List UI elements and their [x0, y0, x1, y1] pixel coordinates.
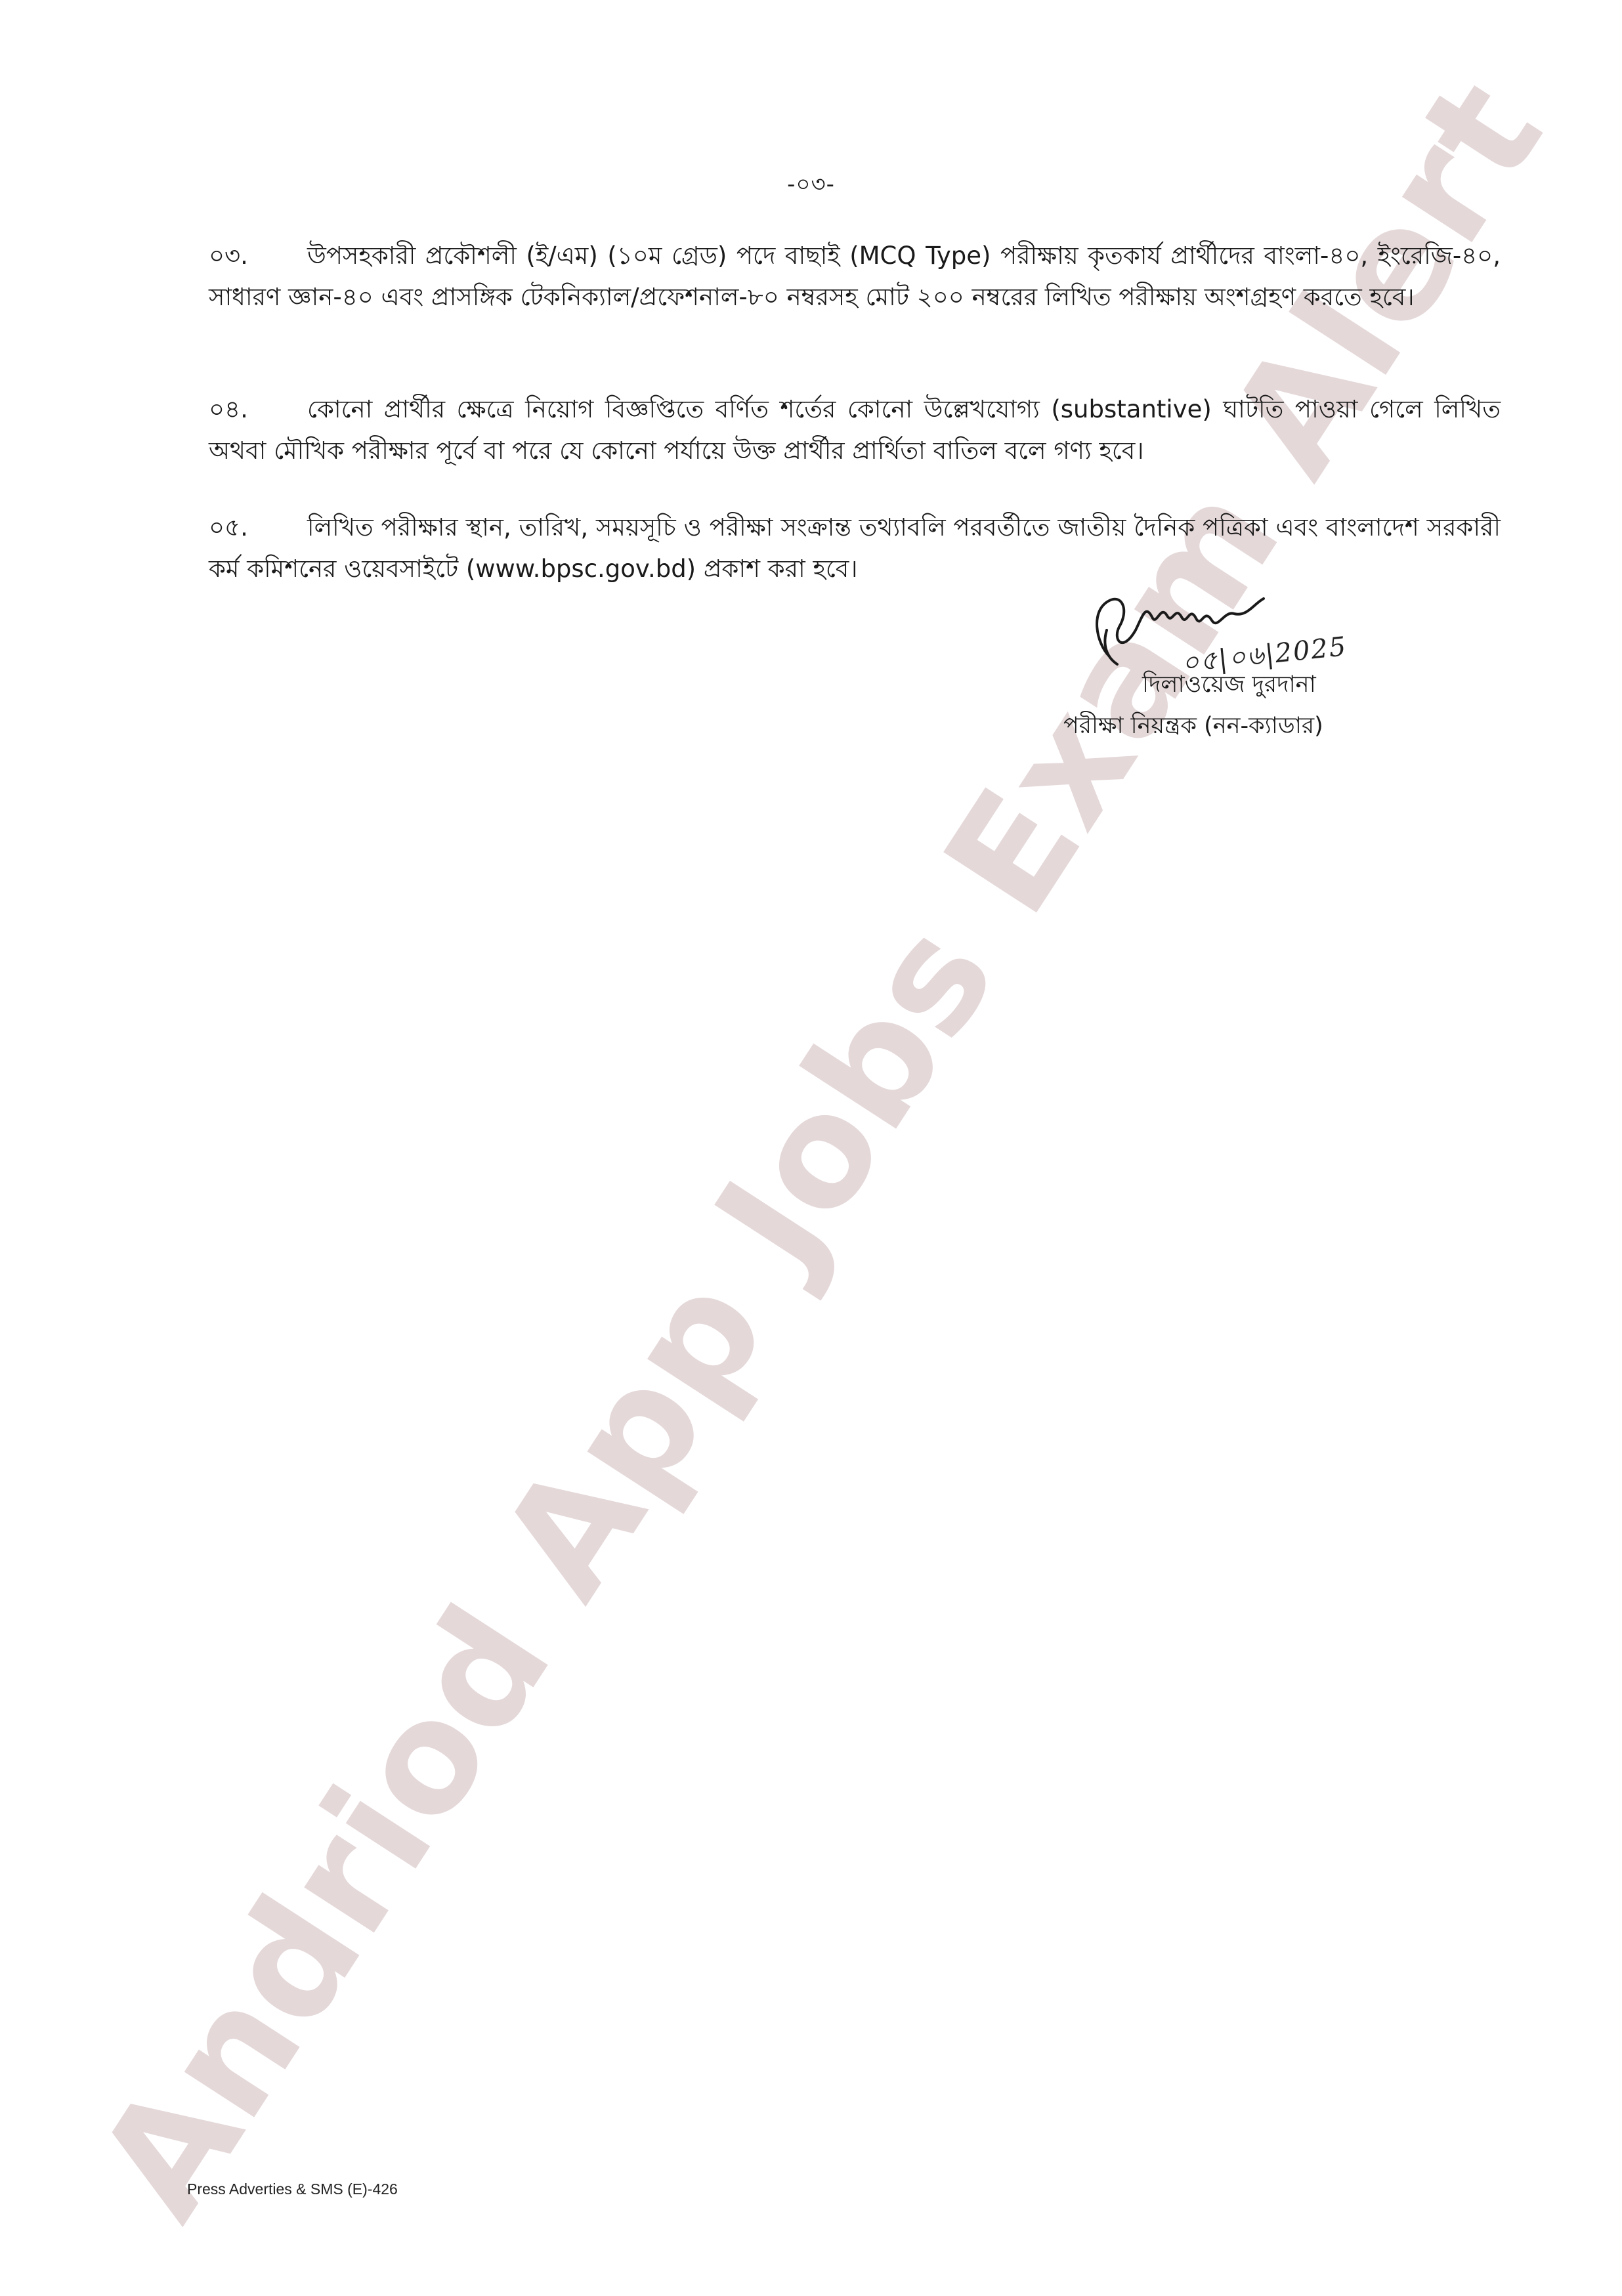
- paragraph-number: ০৩.: [209, 235, 307, 276]
- signature-block: ০৫|০৬|2025 দিলাওয়েজ দুরদানা পরীক্ষা নিয…: [1063, 591, 1431, 748]
- signer-name: দিলাওয়েজ দুরদানা: [1142, 666, 1316, 705]
- document-page: Andriod App Jobs Exam Alert -০৩- ০৩.উপসহ…: [0, 0, 1622, 2296]
- paragraph-03: ০৩.উপসহকারী প্রকৌশলী (ই/এম) (১০ম গ্রেড) …: [209, 235, 1501, 318]
- paragraph-text: কোনো প্রার্থীর ক্ষেত্রে নিয়োগ বিজ্ঞপ্তি…: [209, 395, 1501, 465]
- signer-title: পরীক্ষা নিয়ন্ত্রক (নন-ক্যাডার): [1063, 708, 1323, 746]
- footer-reference: Press Adverties & SMS (E)-426: [187, 2180, 398, 2198]
- document-content: -০৩- ০৩.উপসহকারী প্রকৌশলী (ই/এম) (১০ম গ্…: [0, 0, 1622, 2296]
- paragraph-04: ০৪.কোনো প্রার্থীর ক্ষেত্রে নিয়োগ বিজ্ঞপ…: [209, 389, 1501, 471]
- paragraph-number: ০৪.: [209, 389, 307, 430]
- page-number: -০৩-: [0, 167, 1622, 205]
- paragraph-text: লিখিত পরীক্ষার স্থান, তারিখ, সময়সূচি ও …: [209, 513, 1501, 583]
- paragraph-number: ০৫.: [209, 507, 307, 548]
- paragraph-05: ০৫.লিখিত পরীক্ষার স্থান, তারিখ, সময়সূচি…: [209, 507, 1501, 589]
- paragraph-text: উপসহকারী প্রকৌশলী (ই/এম) (১০ম গ্রেড) পদে…: [209, 242, 1501, 311]
